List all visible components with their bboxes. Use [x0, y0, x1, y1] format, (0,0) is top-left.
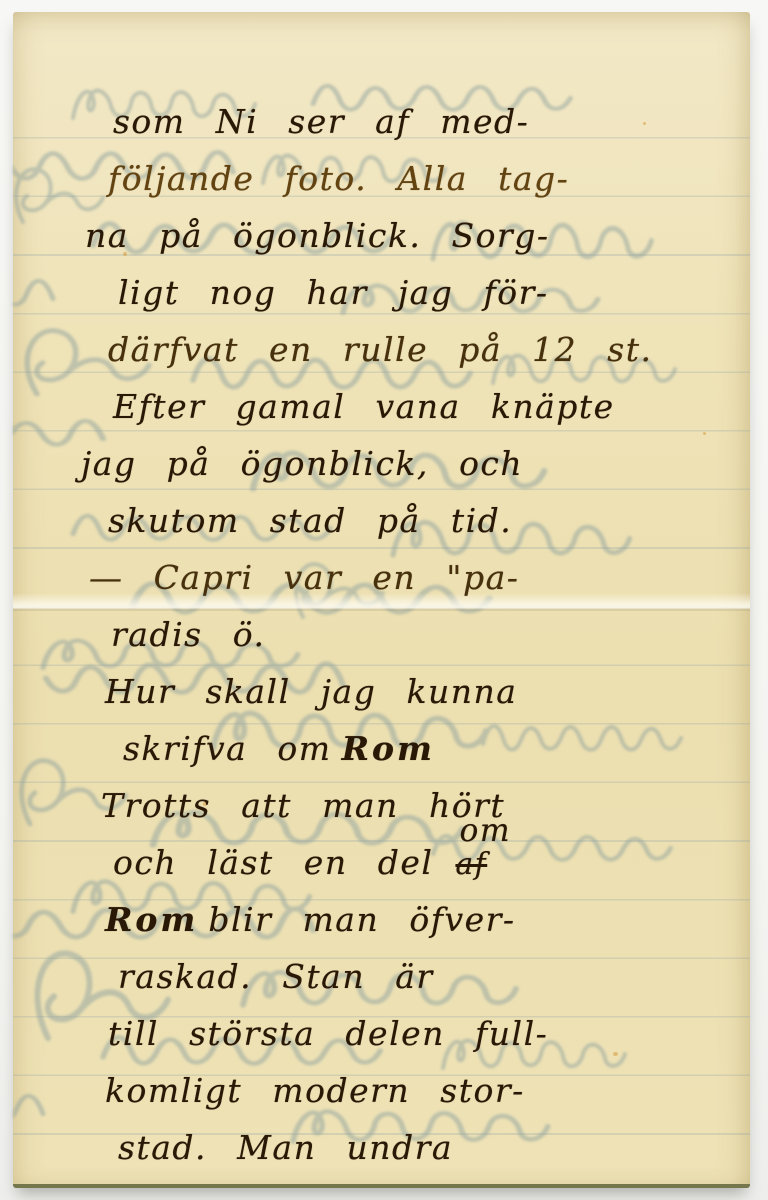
line-text: Trotts att man hört — [101, 786, 505, 825]
line-text: följande foto. Alla tag- — [108, 159, 569, 198]
line-text: skrifva om — [123, 729, 332, 768]
line-text: ligt nog har jag för- — [118, 273, 549, 312]
handwriting-line: ligt nog har jag för- — [118, 264, 750, 321]
line-text: jag på ögonblick, och — [81, 444, 523, 483]
handwriting-line: som Ni ser af med- — [113, 93, 750, 150]
handwriting-line: na på ögonblick. Sorg- — [85, 207, 750, 264]
handwriting-line: Efter gamal vana knäpte — [113, 378, 750, 435]
handwriting-line: skutom stad på tid. — [108, 492, 750, 549]
handwriting-line: till största delen full- — [108, 1005, 750, 1062]
line-text: na på ögonblick. Sorg- — [85, 216, 550, 255]
struck-word: af — [455, 847, 487, 882]
line-text: skutom stad på tid. — [108, 501, 512, 540]
handwriting-line: jag på ögonblick, och — [81, 435, 750, 492]
handwriting-line: Romblir man öfver- — [105, 891, 750, 948]
line-text: komligt modern stor- — [105, 1071, 525, 1110]
line-text: därfvat en rulle på 12 st. — [108, 330, 653, 369]
inserted-word: om — [459, 813, 511, 849]
handwriting: som Ni ser af med- följande foto. Alla t… — [13, 12, 750, 1176]
line-text: stad. Man undra — [118, 1128, 453, 1167]
line-text: som Ni ser af med- — [113, 102, 529, 141]
line-text: och läst en del — [113, 843, 433, 882]
scan-background: som Ni ser af med- följande foto. Alla t… — [0, 0, 768, 1200]
emphasized-word: Rom — [342, 729, 435, 768]
letter-page: som Ni ser af med- följande foto. Alla t… — [13, 12, 750, 1188]
line-text: — Capri var en "pa- — [89, 558, 519, 597]
handwriting-line: Hur skall jag kunna — [105, 663, 750, 720]
handwriting-line: skrifva omRom — [123, 720, 750, 777]
line-text: Hur skall jag kunna — [105, 672, 517, 711]
handwriting-line: därfvat en rulle på 12 st. — [108, 321, 750, 378]
handwriting-line: och läst en del om af — [113, 834, 750, 891]
handwriting-line: följande foto. Alla tag- — [108, 150, 750, 207]
emphasized-word: Rom — [105, 900, 198, 939]
handwriting-line: — Capri var en "pa- — [89, 549, 750, 606]
corrected-word: om af — [455, 843, 487, 882]
handwriting-line: stad. Man undra — [118, 1119, 750, 1176]
line-text: radis ö. — [111, 615, 265, 654]
line-text: Efter gamal vana knäpte — [113, 387, 615, 426]
handwriting-line: Trotts att man hört — [101, 777, 750, 834]
handwriting-line: komligt modern stor- — [105, 1062, 750, 1119]
line-text: blir man öfver- — [208, 900, 515, 939]
line-text: raskad. Stan är — [118, 957, 434, 996]
handwriting-line: raskad. Stan är — [118, 948, 750, 1005]
line-text: till största delen full- — [108, 1014, 548, 1053]
handwriting-line: radis ö. — [111, 606, 750, 663]
